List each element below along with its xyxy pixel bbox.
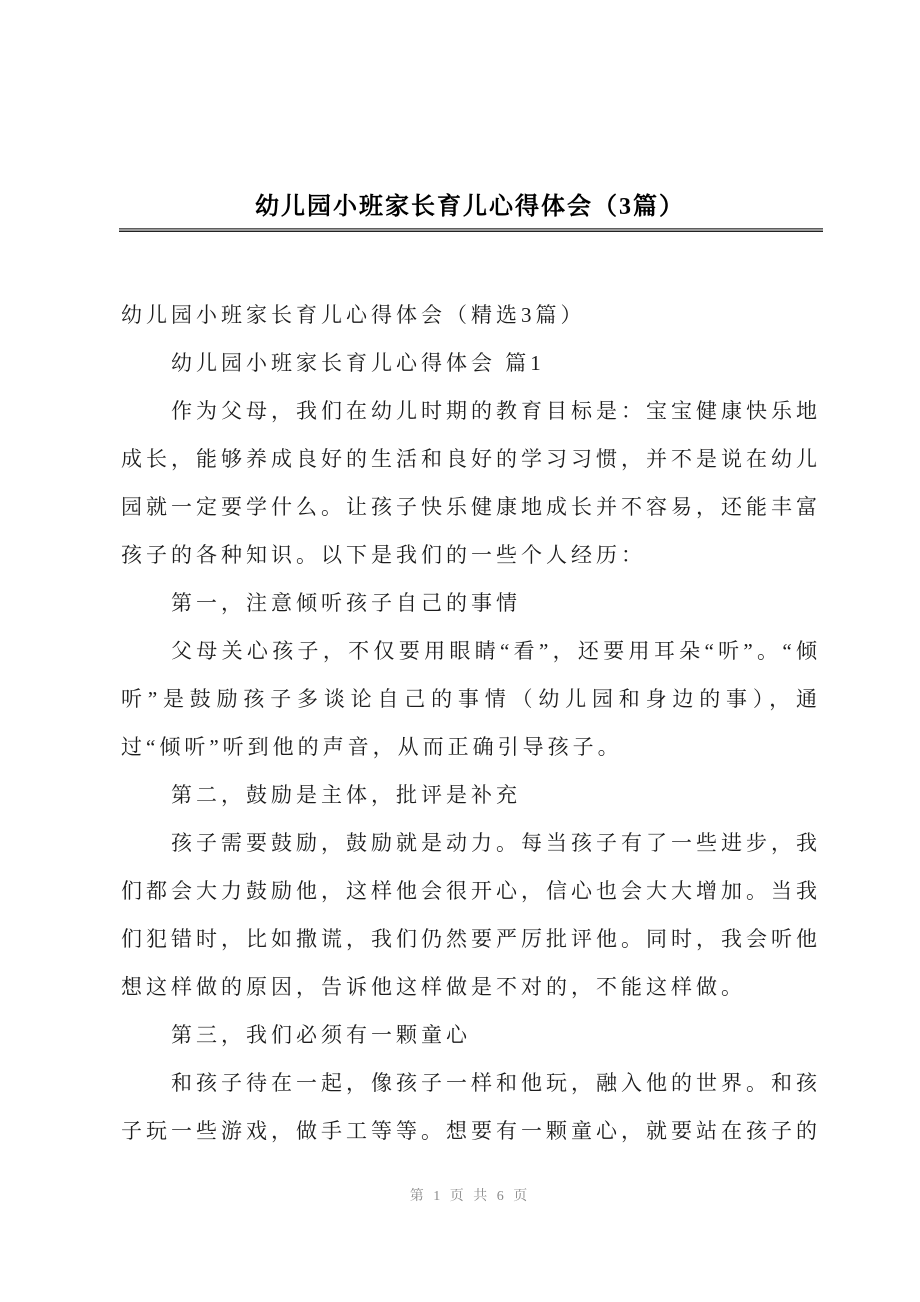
body-paragraph: 孩子需要鼓励，鼓励就是动力。每当孩子有了一些进步，我们都会大力鼓励他，这样他会很… [121,819,821,1011]
section-heading: 第二，鼓励是主体，批评是补充 [121,771,821,819]
page-number-text: 第 1 页 共 6 页 [410,1189,531,1204]
body-paragraph: 作为父母，我们在幼儿时期的教育目标是：宝宝健康快乐地成长，能够养成良好的生活和良… [121,387,821,579]
document-page: 幼儿园小班家长育儿心得体会（3篇） 幼儿园小班家长育儿心得体会（精选3篇）幼儿园… [0,0,920,1302]
article-heading: 幼儿园小班家长育儿心得体会 篇1 [121,339,821,387]
section-heading: 第一，注意倾听孩子自己的事情 [121,579,821,627]
body-paragraph: 和孩子待在一起，像孩子一样和他玩，融入他的世界。和孩子玩一些游戏，做手工等等。想… [121,1059,821,1155]
intro-line: 幼儿园小班家长育儿心得体会（精选3篇） [121,291,821,339]
document-body: 幼儿园小班家长育儿心得体会（精选3篇）幼儿园小班家长育儿心得体会 篇1作为父母，… [121,291,821,1155]
page-footer: 第 1 页 共 6 页 [120,1185,820,1205]
section-heading: 第三，我们必须有一颗童心 [121,1011,821,1059]
document-title: 幼儿园小班家长育儿心得体会（3篇） [120,186,820,221]
title-separator-line [119,228,823,232]
body-paragraph: 父母关心孩子，不仅要用眼睛“看”，还要用耳朵“听”。“倾听”是鼓励孩子多谈论自己… [121,627,821,771]
